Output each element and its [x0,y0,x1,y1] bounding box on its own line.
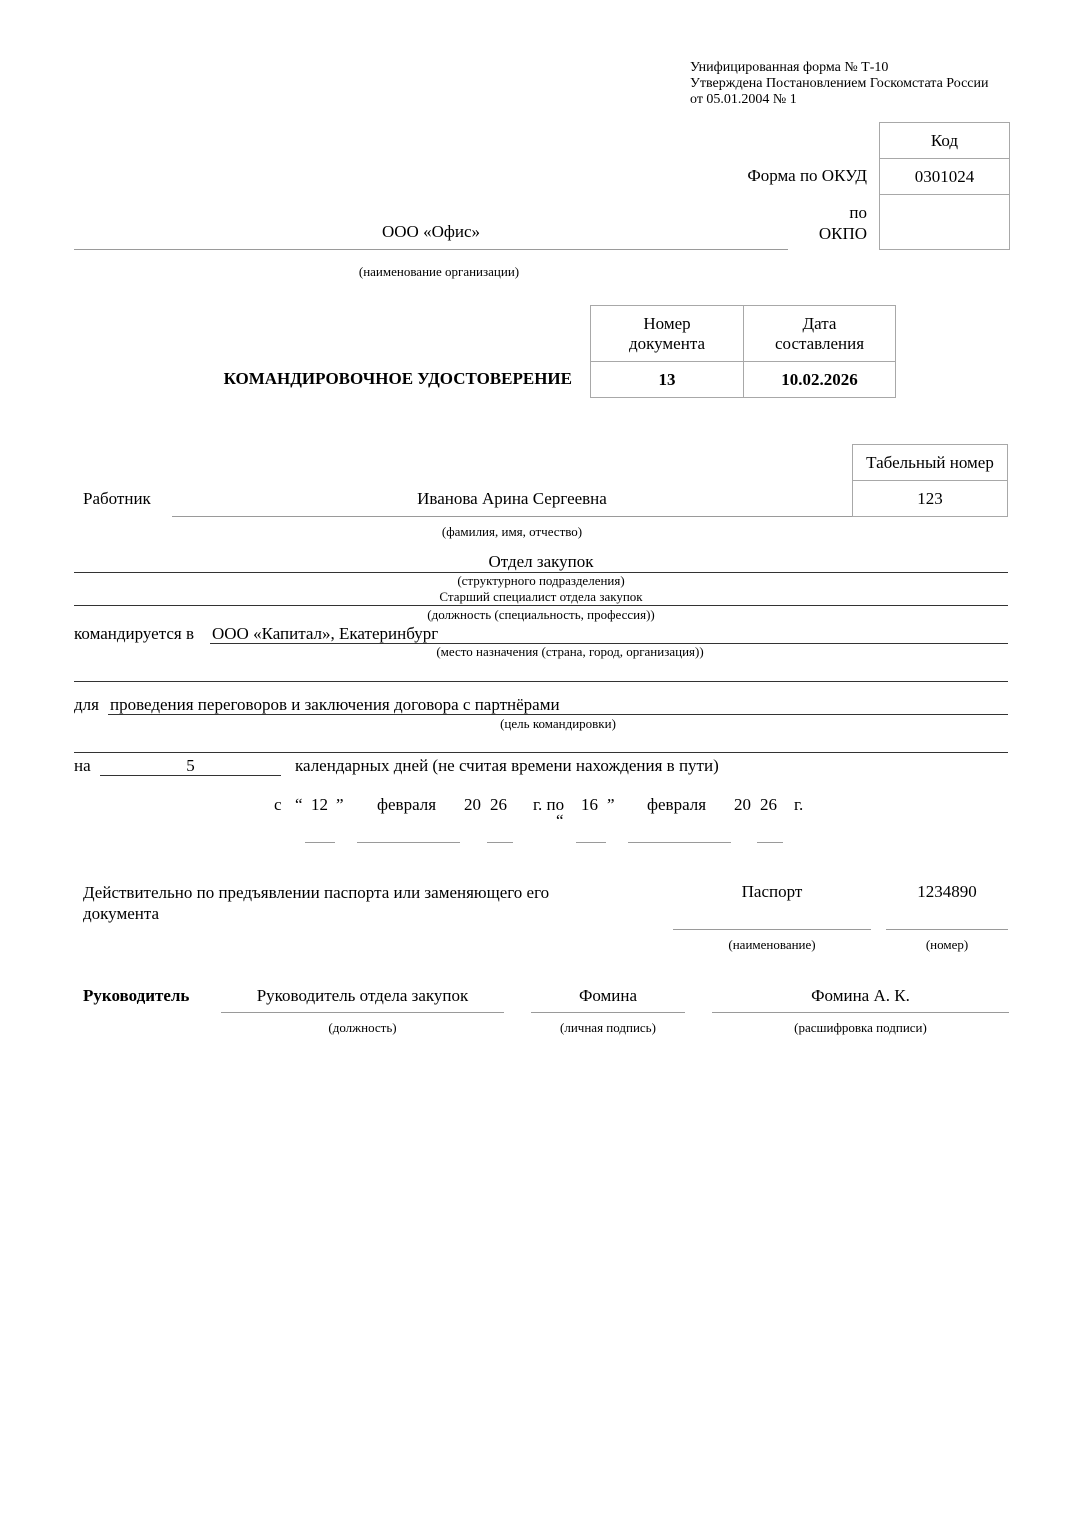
okud-label: Форма по ОКУД [700,166,867,186]
doc-date-header-cell: Дата составления [743,305,896,362]
okud-value: 0301024 [915,167,975,187]
days-label: на [74,756,91,776]
employee-name-hint: (фамилия, имя, отчество) [172,524,852,540]
signature-decoding: Фомина А. К. [712,986,1009,1006]
identity-doc-name: Паспорт [673,882,871,902]
signature-position-underline [221,1012,504,1013]
doc-date-header-line1: Дата [803,314,837,334]
identity-doc-number-underline [886,929,1008,930]
identity-text-line2: документа [83,903,549,924]
doc-number: 13 [659,370,676,390]
tab-number-header: Табельный номер [866,453,994,473]
days-underline [100,775,281,776]
tab-number-header-cell: Табельный номер [852,444,1008,481]
purpose-value: проведения переговоров и заключения дого… [110,695,560,715]
employee-name: Иванова Арина Сергеевна [172,489,852,509]
organization-hint: (наименование организации) [74,264,804,280]
from-century: 20 [464,795,481,815]
to-close-quote: ” [607,795,615,815]
signature-position-hint: (должность) [221,1020,504,1036]
from-day-underline [305,842,335,843]
organization-underline [74,249,788,250]
okud-value-cell: 0301024 [879,158,1010,195]
form-info: Унифицированная форма № Т-10 Утверждена … [690,60,989,108]
to-month: февраля [647,795,706,815]
from-month-underline [357,842,460,843]
code-header: Код [931,131,958,151]
signature-personal-hint: (личная подпись) [531,1020,685,1036]
days-suffix: календарных дней (не считая времени нахо… [295,756,719,776]
to-month-underline [628,842,731,843]
from-open-quote: “ [295,795,303,815]
employee-label: Работник [83,489,151,509]
identity-doc-number-hint: (номер) [886,937,1008,953]
position-hint: (должность (специальность, профессия)) [74,607,1008,623]
tab-number: 123 [917,489,943,509]
days-value: 5 [100,756,281,776]
doc-number-header-line2: документа [629,334,705,354]
form-info-line2: Утверждена Постановлением Госкомстата Ро… [690,76,989,92]
destination-label: командируется в [74,624,194,644]
department-hint: (структурного подразделения) [74,573,1008,589]
signature-personal-underline [531,1012,685,1013]
signature-decoding-underline [712,1012,1009,1013]
from-day: 12 [311,795,328,815]
purpose-label: для [74,695,99,715]
purpose-underline [108,714,1008,715]
from-prefix: с [274,795,282,815]
form-info-line3: от 05.01.2004 № 1 [690,92,989,108]
identity-doc-name-underline [673,929,871,930]
identity-text-line1: Действительно по предъявлении паспорта и… [83,882,549,903]
to-year: 26 [760,795,777,815]
signature-decoding-hint: (расшифровка подписи) [712,1020,1009,1036]
signature-personal: Фомина [531,986,685,1006]
purpose-hint: (цель командировки) [108,716,1008,732]
to-open-quote: “ [556,811,564,831]
identity-doc-number: 1234890 [886,882,1008,902]
to-day-underline [576,842,606,843]
position-underline [74,605,1008,606]
to-year-underline [757,842,783,843]
to-century: 20 [734,795,751,815]
doc-number-cell: 13 [590,361,744,398]
destination-value: ООО «Капитал», Екатеринбург [212,624,438,644]
purpose-extra-line [74,752,1008,753]
identity-text: Действительно по предъявлении паспорта и… [83,882,549,924]
doc-date-cell: 10.02.2026 [743,361,896,398]
destination-extra-line [74,681,1008,682]
doc-number-header-line1: Номер [643,314,690,334]
to-year-suffix: г. [794,795,803,815]
form-info-line1: Унифицированная форма № Т-10 [690,60,989,76]
destination-hint: (место назначения (страна, город, органи… [210,644,930,660]
from-year-underline [487,842,513,843]
okpo-label-line1: по [760,202,867,223]
identity-doc-name-hint: (наименование) [673,937,871,953]
position-name: Старший специалист отдела закупок [74,589,1008,605]
document-title: КОМАНДИРОВОЧНОЕ УДОСТОВЕРЕНИЕ [100,369,572,389]
tab-number-cell: 123 [852,480,1008,517]
from-close-quote: ” [336,795,344,815]
signature-position: Руководитель отдела закупок [221,986,504,1006]
code-header-cell: Код [879,122,1010,159]
from-year: 26 [490,795,507,815]
department-name: Отдел закупок [74,552,1008,572]
doc-date: 10.02.2026 [781,370,858,390]
organization-name: ООО «Офис» [74,222,788,242]
employee-name-underline [172,516,852,517]
doc-number-header-cell: Номер документа [590,305,744,362]
doc-date-header-line2: составления [775,334,864,354]
okpo-value-cell [879,194,1010,250]
signature-label: Руководитель [83,986,189,1006]
from-month: февраля [377,795,436,815]
to-day: 16 [581,795,598,815]
